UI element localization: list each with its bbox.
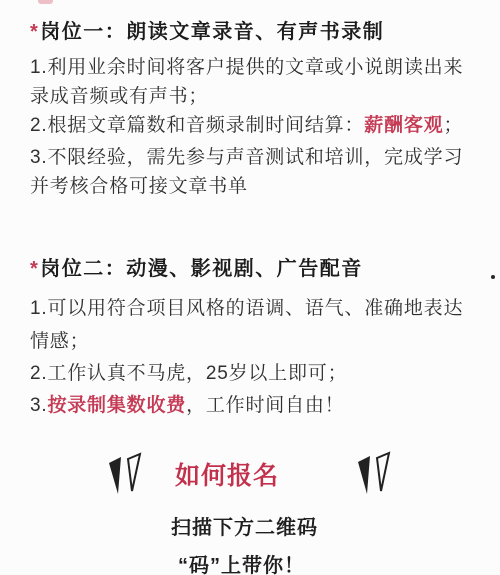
job1-item1-line2: 录成音频或有声书； <box>30 81 208 108</box>
ditto-quote-mark-left-icon <box>103 449 145 504</box>
job1-item3-line1: 3.不限经验，需先参与声音测试和培训，完成学习 <box>30 142 463 169</box>
required-star: * <box>30 258 39 280</box>
job1-title: *岗位一：朗读文章录音、有声书录制 <box>30 15 384 44</box>
job1-item1-line1: 1.利用业余时间将客户提供的文章或小说朗读出来 <box>30 52 463 79</box>
job1-item2-prefix: 2.根据文章篇数和音频录制时间结算： <box>30 115 364 136</box>
cropped-red-smudge <box>38 0 53 4</box>
required-star: * <box>30 21 39 43</box>
job2-item3-prefix: 3. <box>30 395 47 416</box>
job2-item3-line: 3.按录制集数收费，工作时间自由！ <box>30 390 344 417</box>
job2-item1-line1: 1.可以用符合项目风格的语调、语气、准确地表达 <box>30 293 463 320</box>
job2-item3-highlight: 按录制集数收费 <box>47 395 186 416</box>
job2-item3-suffix: ，工作时间自由！ <box>186 395 344 416</box>
ditto-quote-mark-right-icon <box>352 447 394 504</box>
job1-item3-line2: 并考核合格可接文章书单 <box>30 171 248 198</box>
stray-dot <box>491 275 495 279</box>
job2-title: *岗位二：动漫、影视剧、广告配音 <box>30 252 363 281</box>
apply-instruction-line1: 扫描下方二维码 <box>171 511 318 540</box>
job1-item2-line: 2.根据文章篇数和音频录制时间结算：薪酬客观； <box>30 110 463 137</box>
job2-item2-line: 2.工作认真不马虎，25岁以上即可； <box>30 358 347 385</box>
job2-title-text: 岗位二：动漫、影视剧、广告配音 <box>40 258 363 280</box>
job1-item2-highlight: 薪酬客观 <box>364 115 443 136</box>
job2-item1-line2: 情感； <box>30 326 89 353</box>
apply-heading: 如何报名 <box>175 456 279 492</box>
job1-title-text: 岗位一：朗读文章录音、有声书录制 <box>40 21 384 43</box>
apply-instruction-line2: “码”上带你！ <box>178 549 305 575</box>
flyer-page: *岗位一：朗读文章录音、有声书录制 1.利用业余时间将客户提供的文章或小说朗读出… <box>0 0 500 575</box>
job1-item2-suffix: ； <box>443 115 463 136</box>
